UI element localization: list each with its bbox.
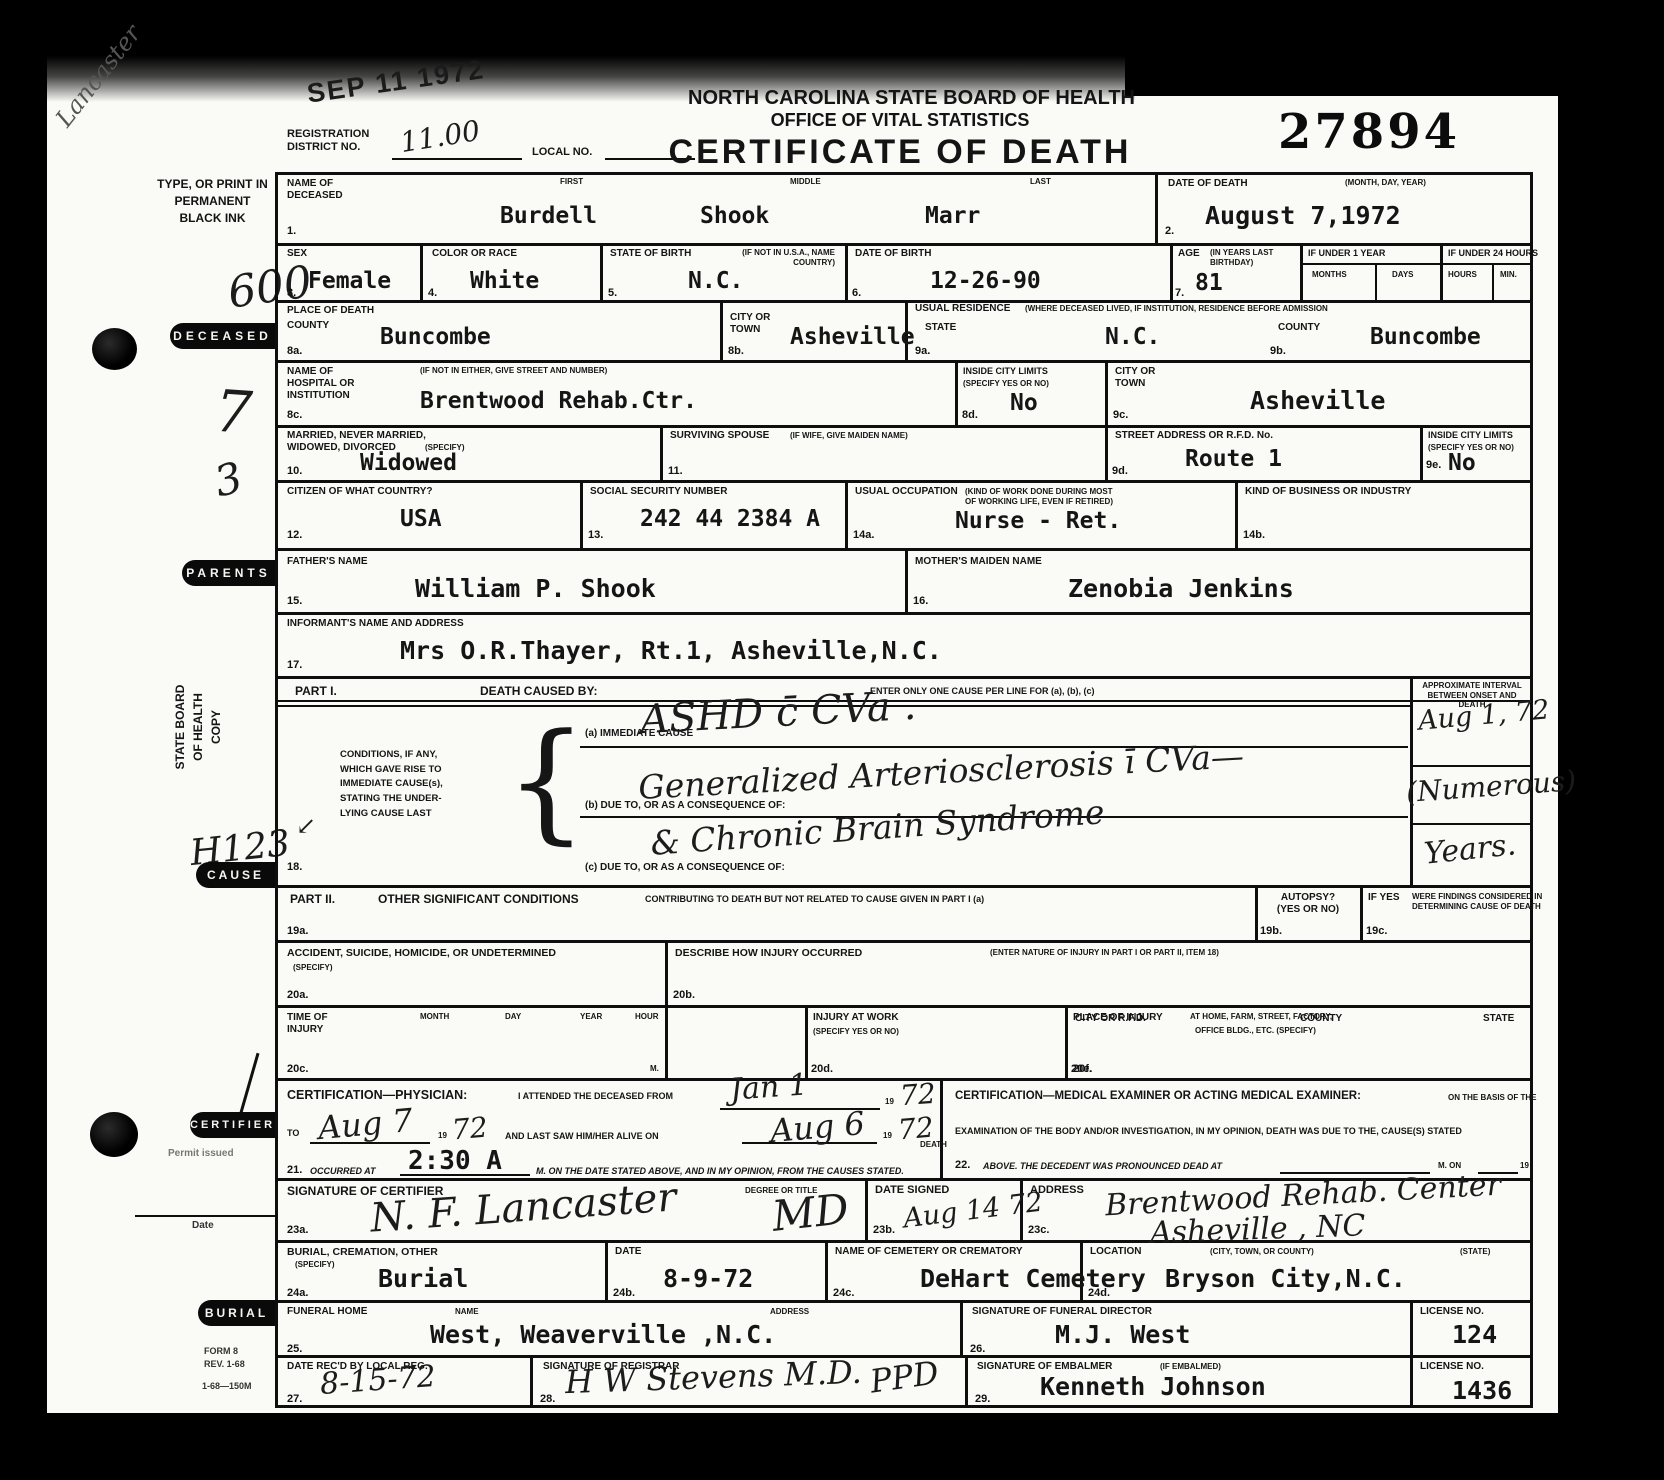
signature-certifier-number: 23a. bbox=[287, 1225, 308, 1236]
yr3-label: 19 bbox=[883, 1131, 892, 1141]
if-yes-label: IF YES bbox=[1368, 892, 1400, 904]
informant-number: 17. bbox=[287, 660, 302, 671]
form-line bbox=[825, 1240, 828, 1300]
injury-state-label: STATE bbox=[1483, 1013, 1514, 1025]
occurred-label: OCCURRED AT bbox=[310, 1166, 376, 1177]
address-number: 23c. bbox=[1028, 1225, 1049, 1236]
under-24-hours-label: IF UNDER 24 HOURS bbox=[1448, 248, 1538, 259]
date-blank-line bbox=[135, 1215, 275, 1217]
findings-number: 19c. bbox=[1366, 926, 1387, 937]
date-caption: Date bbox=[192, 1220, 214, 1232]
citizen-value: USA bbox=[400, 508, 442, 531]
part2-title: OTHER SIGNIFICANT CONDITIONS bbox=[378, 892, 579, 906]
form-line bbox=[275, 172, 278, 1408]
city-limits-8d-number: 8d. bbox=[962, 410, 978, 421]
form-line bbox=[275, 360, 1533, 363]
father-value: William P. Shook bbox=[415, 576, 656, 601]
tab-deceased: DECEASED bbox=[170, 323, 275, 349]
form-line bbox=[955, 360, 958, 425]
part2-label: PART II. bbox=[290, 892, 335, 906]
form-line bbox=[1360, 885, 1363, 940]
residence-state-value: N.C. bbox=[1105, 326, 1160, 349]
citizen-number: 12. bbox=[287, 530, 302, 541]
residence-state-number: 9a. bbox=[915, 346, 930, 357]
age-label: AGE bbox=[1178, 248, 1200, 260]
birth-state-value: N.C. bbox=[688, 270, 743, 293]
sex-label: SEX bbox=[287, 248, 307, 260]
occupation-label: USUAL OCCUPATION bbox=[855, 486, 958, 498]
funeral-director-number: 26. bbox=[970, 1344, 985, 1355]
pod-city-value: Asheville bbox=[790, 326, 915, 349]
tab-cause: CAUSE bbox=[196, 862, 275, 888]
how-injury-sublabel: (ENTER NATURE OF INJURY IN PART I OR PAR… bbox=[990, 948, 1219, 958]
cert-physician-title: CERTIFICATION—PHYSICIAN: bbox=[287, 1088, 467, 1103]
tab-certifier: CERTIFIER bbox=[190, 1112, 275, 1138]
time-blank bbox=[400, 1174, 530, 1176]
pod-city-number: 8b. bbox=[728, 346, 744, 357]
registration-blank bbox=[392, 158, 522, 160]
city-limits-9e-value: No bbox=[1448, 452, 1476, 475]
usual-residence-label: USUAL RESIDENCE bbox=[915, 303, 1010, 315]
form-line bbox=[1492, 263, 1494, 300]
form-line bbox=[960, 1300, 963, 1355]
director-license-label: LICENSE NO. bbox=[1420, 1306, 1484, 1318]
permit-issued-label: Permit issued bbox=[168, 1148, 234, 1160]
last-saw-label: AND LAST SAW HIM/HER ALIVE ON bbox=[505, 1131, 659, 1142]
injury-county-label: COUNTY bbox=[1300, 1013, 1342, 1025]
pod-city-label: CITY OR TOWN bbox=[730, 312, 770, 336]
pod-county-value: Buncombe bbox=[380, 326, 491, 349]
city-limits-9e-label: INSIDE CITY LIMITS bbox=[1428, 430, 1513, 441]
form-line bbox=[1440, 243, 1443, 300]
cemetery-number: 24c. bbox=[833, 1288, 854, 1299]
degree-value: MD bbox=[770, 1184, 851, 1241]
form-line bbox=[720, 300, 723, 360]
injury-m-label: M. bbox=[650, 1064, 659, 1074]
funeral-home-label: FUNERAL HOME bbox=[287, 1306, 367, 1318]
form-line bbox=[660, 425, 663, 480]
form-line bbox=[665, 1005, 668, 1078]
embalmer-sublabel: (IF EMBALMED) bbox=[1160, 1362, 1221, 1372]
funeral-home-number: 25. bbox=[287, 1344, 302, 1355]
date-of-death-number: 2. bbox=[1165, 226, 1174, 237]
field-name-last-sublabel: LAST bbox=[1030, 177, 1051, 187]
form-line bbox=[580, 480, 583, 548]
race-label: COLOR OR RACE bbox=[432, 248, 517, 260]
conditions-brace: { bbox=[505, 716, 588, 846]
pod-county-number: 8a. bbox=[287, 346, 302, 357]
cert-me-title: CERTIFICATION—MEDICAL EXAMINER OR ACTING… bbox=[955, 1090, 1361, 1104]
age-number: 7. bbox=[1175, 288, 1184, 299]
org-name-line1: NORTH CAROLINA STATE BOARD OF HEALTH bbox=[688, 86, 1112, 110]
pronounced-label: ABOVE. THE DECEDENT WAS PRONOUNCED DEAD … bbox=[983, 1161, 1222, 1172]
date-signed-label: DATE SIGNED bbox=[875, 1184, 949, 1197]
occupation-sublabel: (KIND OF WORK DONE DURING MOST OF WORKIN… bbox=[965, 487, 1113, 506]
embalmer-value: Kenneth Johnson bbox=[1040, 1374, 1266, 1399]
form-line bbox=[1300, 263, 1530, 265]
injury-at-work-sublabel: (SPECIFY YES OR NO) bbox=[813, 1027, 899, 1037]
form-line bbox=[275, 425, 1533, 428]
city-limits-8d-value: No bbox=[1010, 392, 1038, 415]
informant-value: Mrs O.R.Thayer, Rt.1, Asheville,N.C. bbox=[400, 638, 942, 663]
dob-label: DATE OF BIRTH bbox=[855, 248, 931, 260]
autopsy-label: AUTOPSY? (YES OR NO) bbox=[1268, 892, 1348, 916]
name-last-value: Marr bbox=[925, 205, 980, 228]
tab-burial: BURIAL bbox=[198, 1300, 275, 1326]
form-line bbox=[1410, 1300, 1413, 1405]
injury-city-label: CITY OR R.F.D. bbox=[1075, 1013, 1146, 1025]
from-year-value: 72 bbox=[899, 1077, 937, 1112]
field-name-number: 1. bbox=[287, 226, 296, 237]
mother-value: Zenobia Jenkins bbox=[1068, 576, 1294, 601]
time-of-injury-number: 20c. bbox=[287, 1064, 308, 1075]
part1-label: PART I. bbox=[295, 684, 337, 698]
min-label: MIN. bbox=[1500, 270, 1517, 280]
yr1-label: 19 bbox=[885, 1097, 894, 1107]
months-label: MONTHS bbox=[1312, 270, 1347, 280]
form-line bbox=[1105, 360, 1108, 425]
age-sublabel: (IN YEARS LAST BIRTHDAY) bbox=[1210, 248, 1298, 267]
name-first-value: Burdell bbox=[500, 205, 597, 228]
scan-bottom-edge bbox=[0, 1413, 1664, 1480]
age-value: 81 bbox=[1195, 272, 1223, 295]
form-line bbox=[865, 1178, 868, 1240]
copy-designation: STATE BOARD OF HEALTH COPY bbox=[171, 662, 225, 792]
city-limits-8d-label: INSIDE CITY LIMITS bbox=[963, 366, 1048, 377]
hospital-sublabel: (IF NOT IN EITHER, GIVE STREET AND NUMBE… bbox=[420, 366, 607, 376]
residence-county-value: Buncombe bbox=[1370, 326, 1481, 349]
burial-type-label: BURIAL, CREMATION, OTHER bbox=[287, 1246, 438, 1259]
field-name-middle-sublabel: MIDDLE bbox=[790, 177, 821, 187]
spouse-label: SURVIVING SPOUSE bbox=[670, 430, 769, 442]
form-line bbox=[1065, 1005, 1068, 1078]
day-label: DAY bbox=[505, 1012, 521, 1022]
attended-label: I ATTENDED THE DECEASED FROM bbox=[518, 1091, 673, 1102]
address-label: ADDRESS bbox=[1030, 1184, 1084, 1197]
usual-residence-sublabel: (WHERE DECEASED LIVED, IF INSTITUTION, R… bbox=[1025, 304, 1328, 314]
yr2-label: 19 bbox=[438, 1131, 447, 1141]
scanned-death-certificate: Lancaster TYPE, OR PRINT IN PERMANENT BL… bbox=[0, 0, 1664, 1480]
form-line bbox=[1420, 425, 1423, 480]
burial-type-value: Burial bbox=[378, 1266, 468, 1291]
basis-label: ON THE BASIS OF THE bbox=[1448, 1093, 1536, 1103]
funeral-director-value: M.J. West bbox=[1055, 1322, 1190, 1347]
form-line bbox=[275, 612, 1533, 615]
pronounced-yr-label: 19 bbox=[1520, 1161, 1529, 1171]
burial-location-number: 24d. bbox=[1088, 1288, 1110, 1299]
hospital-number: 8c. bbox=[287, 410, 302, 421]
registrar-signature-number: 28. bbox=[540, 1394, 555, 1405]
due-to-c-label: (c) DUE TO, OR AS A CONSEQUENCE OF: bbox=[585, 862, 785, 874]
form-line bbox=[530, 1355, 533, 1405]
sex-number: 3. bbox=[287, 288, 296, 299]
year-label: YEAR bbox=[580, 1012, 602, 1022]
form-line bbox=[845, 243, 848, 300]
hospital-label: NAME OF HOSPITAL OR INSTITUTION bbox=[287, 366, 354, 402]
mother-label: MOTHER'S MAIDEN NAME bbox=[915, 556, 1042, 568]
type-instruction: TYPE, OR PRINT IN PERMANENT BLACK INK bbox=[150, 176, 275, 226]
date-received-number: 27. bbox=[287, 1394, 302, 1405]
director-license-value: 124 bbox=[1452, 1322, 1497, 1347]
attended-from-value: Jan 1 bbox=[729, 1067, 809, 1107]
place-of-death-label: PLACE OF DEATH bbox=[287, 305, 374, 317]
street-address-label: STREET ADDRESS OR R.F.D. No. bbox=[1115, 430, 1273, 442]
spouse-number: 11. bbox=[668, 466, 683, 477]
industry-number: 14b. bbox=[1243, 530, 1265, 541]
residence-city-label: CITY OR TOWN bbox=[1115, 366, 1155, 390]
form-line bbox=[965, 1355, 968, 1405]
date-signed-number: 23b. bbox=[873, 1225, 895, 1236]
burial-type-number: 24a. bbox=[287, 1288, 308, 1299]
month-label: MONTH bbox=[420, 1012, 449, 1022]
form-line bbox=[275, 300, 1533, 303]
form-line bbox=[1155, 172, 1158, 243]
death-word: DEATH bbox=[920, 1140, 947, 1150]
birth-state-sublabel: (IF NOT IN U.S.A., NAME COUNTRY) bbox=[700, 248, 835, 267]
sex-value: Female bbox=[308, 270, 391, 293]
birth-state-label: STATE OF BIRTH bbox=[610, 248, 691, 260]
form-line bbox=[1105, 425, 1108, 480]
father-label: FATHER'S NAME bbox=[287, 556, 368, 568]
occupation-value: Nurse - Ret. bbox=[955, 510, 1121, 533]
burial-date-value: 8-9-72 bbox=[663, 1266, 753, 1291]
residence-city-value: Asheville bbox=[1250, 388, 1385, 413]
interval-b-line bbox=[1413, 823, 1530, 825]
father-number: 15. bbox=[287, 596, 302, 607]
autopsy-number: 19b. bbox=[1260, 926, 1282, 937]
ssn-value: 242 44 2384 A bbox=[640, 508, 820, 531]
certificate-number: 27894 bbox=[1278, 108, 1460, 156]
conditions-note: CONDITIONS, IF ANY, WHICH GAVE RISE TO I… bbox=[340, 748, 443, 822]
residence-state-label: STATE bbox=[925, 322, 956, 334]
spouse-sublabel: (IF WIFE, GIVE MAIDEN NAME) bbox=[790, 431, 908, 441]
field-name-label: NAME OF DECEASED bbox=[287, 178, 343, 202]
local-no-label: LOCAL NO. bbox=[532, 146, 592, 159]
tab-parents: PARENTS bbox=[182, 560, 275, 586]
margin-code-7: 7 bbox=[213, 377, 255, 447]
burial-location-state-sublabel: (STATE) bbox=[1460, 1247, 1490, 1257]
race-value: White bbox=[470, 270, 539, 293]
part2-sublabel: CONTRIBUTING TO DEATH BUT NOT RELATED TO… bbox=[645, 894, 984, 905]
hospital-value: Brentwood Rehab.Ctr. bbox=[420, 390, 697, 413]
scan-right-edge bbox=[1558, 0, 1664, 1480]
industry-label: KIND OF BUSINESS OR INDUSTRY bbox=[1245, 486, 1411, 498]
form-line bbox=[420, 243, 423, 300]
cemetery-label: NAME OF CEMETERY OR CREMATORY bbox=[835, 1246, 1023, 1258]
occurred-number: 21. bbox=[287, 1165, 302, 1176]
hole-punch-top bbox=[92, 328, 137, 370]
registration-district-label: REGISTRATION DISTRICT NO. bbox=[287, 128, 369, 154]
form-line bbox=[275, 548, 1533, 551]
form-line bbox=[845, 480, 848, 548]
address-line2: Asheville , NC bbox=[1149, 1208, 1366, 1250]
embalmer-license-label: LICENSE NO. bbox=[1420, 1361, 1484, 1373]
form-line bbox=[905, 548, 908, 612]
embalmer-license-value: 1436 bbox=[1452, 1378, 1512, 1403]
street-address-number: 9d. bbox=[1112, 466, 1128, 477]
field-name-first-sublabel: FIRST bbox=[560, 177, 583, 187]
hole-punch-bottom bbox=[90, 1112, 138, 1157]
injury-at-work-number: 20d. bbox=[811, 1064, 833, 1075]
burial-location-label: LOCATION bbox=[1090, 1246, 1141, 1258]
time-of-injury-label: TIME OF INJURY bbox=[287, 1012, 328, 1036]
city-limits-9e-number: 9e. bbox=[1426, 460, 1441, 471]
ssn-label: SOCIAL SECURITY NUMBER bbox=[590, 486, 727, 498]
dob-number: 6. bbox=[852, 288, 861, 299]
form-line bbox=[940, 1078, 943, 1178]
funeral-address-sublabel: ADDRESS bbox=[770, 1307, 809, 1317]
days-label: DAYS bbox=[1392, 270, 1414, 280]
part2-number: 19a. bbox=[287, 926, 308, 937]
burial-location-sublabel: (CITY, TOWN, OR COUNTY) bbox=[1210, 1247, 1314, 1257]
date-of-death-label: DATE OF DEATH bbox=[1168, 178, 1248, 190]
city-limits-8d-sublabel: (SPECIFY YES OR NO) bbox=[963, 379, 1049, 389]
form-print-code: 1-68—150M bbox=[202, 1381, 252, 1392]
form-line bbox=[605, 1240, 608, 1300]
margin-arrow: ↙ bbox=[296, 812, 316, 840]
hour-label: HOUR bbox=[635, 1012, 659, 1022]
form-line bbox=[275, 172, 1533, 175]
marital-value: Widowed bbox=[360, 452, 457, 475]
citizen-label: CITIZEN OF WHAT COUNTRY? bbox=[287, 486, 433, 498]
pronounced-number: 22. bbox=[955, 1160, 970, 1171]
scan-left-edge bbox=[0, 0, 47, 1480]
residence-county-label: COUNTY bbox=[1278, 322, 1320, 334]
death-time-value: 2:30 A bbox=[408, 1148, 502, 1174]
how-injury-label: DESCRIBE HOW INJURY OCCURRED bbox=[675, 947, 862, 960]
accident-label: ACCIDENT, SUICIDE, HOMICIDE, OR UNDETERM… bbox=[287, 947, 556, 960]
form-line bbox=[1300, 243, 1303, 300]
death-caused-by-label: DEATH CAUSED BY: bbox=[480, 684, 598, 698]
funeral-name-sublabel: NAME bbox=[455, 1307, 479, 1317]
accident-number: 20a. bbox=[287, 990, 308, 1001]
place-of-injury-sub2: OFFICE BLDG., ETC. (SPECIFY) bbox=[1195, 1026, 1316, 1036]
form-line bbox=[1255, 885, 1258, 940]
cemetery-value: DeHart Cemetery bbox=[920, 1266, 1146, 1291]
funeral-director-label: SIGNATURE OF FUNERAL DIRECTOR bbox=[972, 1306, 1152, 1318]
residence-city-number: 9c. bbox=[1113, 410, 1128, 421]
injury-at-work-label: INJURY AT WORK bbox=[813, 1012, 899, 1024]
under-1-year-label: IF UNDER 1 YEAR bbox=[1308, 248, 1385, 259]
informant-label: INFORMANT'S NAME AND ADDRESS bbox=[287, 618, 464, 630]
race-number: 4. bbox=[428, 288, 437, 299]
form-line bbox=[275, 1005, 1533, 1008]
form-line bbox=[275, 676, 1533, 679]
form-line bbox=[1375, 263, 1377, 300]
form-line bbox=[1170, 243, 1173, 300]
burial-location-value: Bryson City,N.C. bbox=[1165, 1266, 1406, 1291]
burial-date-number: 24b. bbox=[613, 1288, 635, 1299]
cause-a-line bbox=[580, 746, 1408, 748]
date-of-death-sublabel: (MONTH, DAY, YEAR) bbox=[1345, 178, 1426, 188]
form-line bbox=[275, 1300, 1533, 1303]
residence-county-number: 9b. bbox=[1270, 346, 1286, 357]
form-line bbox=[665, 940, 668, 1005]
findings-label: WERE FINDINGS CONSIDERED IN DETERMINING … bbox=[1412, 892, 1542, 911]
birth-state-number: 5. bbox=[608, 288, 617, 299]
burial-date-label: DATE bbox=[615, 1246, 641, 1258]
date-of-death-value: August 7,1972 bbox=[1205, 203, 1401, 228]
form-line bbox=[275, 940, 1533, 943]
dob-value: 12-26-90 bbox=[930, 270, 1041, 293]
occupation-number: 14a. bbox=[853, 530, 874, 541]
form-line bbox=[275, 1405, 1533, 1408]
occurred-rest-label: M. ON THE DATE STATED ABOVE, AND IN MY O… bbox=[536, 1166, 904, 1177]
to-label: TO bbox=[287, 1128, 299, 1139]
form-line bbox=[600, 243, 603, 300]
to-year-value: 72 bbox=[451, 1111, 489, 1147]
mother-number: 16. bbox=[913, 596, 928, 607]
pod-county-label: COUNTY bbox=[287, 320, 329, 332]
document-title: CERTIFICATE OF DEATH bbox=[660, 132, 1140, 173]
interval-a-line bbox=[1413, 765, 1530, 767]
injury-location-number: 20f. bbox=[1073, 1064, 1092, 1075]
form-revision: REV. 1-68 bbox=[204, 1359, 245, 1370]
funeral-home-value: West, Weaverville ,N.C. bbox=[430, 1322, 776, 1347]
org-name-line2: OFFICE OF VITAL STATISTICS bbox=[688, 110, 1112, 132]
form-line bbox=[275, 243, 1533, 246]
burial-specify: (SPECIFY) bbox=[295, 1260, 335, 1270]
embalmer-number: 29. bbox=[975, 1394, 990, 1405]
form-line bbox=[275, 885, 1533, 888]
marital-number: 10. bbox=[287, 466, 302, 477]
hours-label: HOURS bbox=[1448, 270, 1477, 280]
me-line2: EXAMINATION OF THE BODY AND/OR INVESTIGA… bbox=[955, 1126, 1462, 1137]
accident-specify: (SPECIFY) bbox=[293, 963, 333, 973]
form-line bbox=[1235, 480, 1238, 548]
ssn-number: 13. bbox=[588, 530, 603, 541]
form-number: FORM 8 bbox=[204, 1346, 238, 1357]
street-address-value: Route 1 bbox=[1185, 448, 1282, 471]
how-injury-number: 20b. bbox=[673, 990, 695, 1001]
form-line bbox=[275, 480, 1533, 483]
name-middle-value: Shook bbox=[700, 205, 769, 228]
cause-number: 18. bbox=[287, 862, 302, 873]
